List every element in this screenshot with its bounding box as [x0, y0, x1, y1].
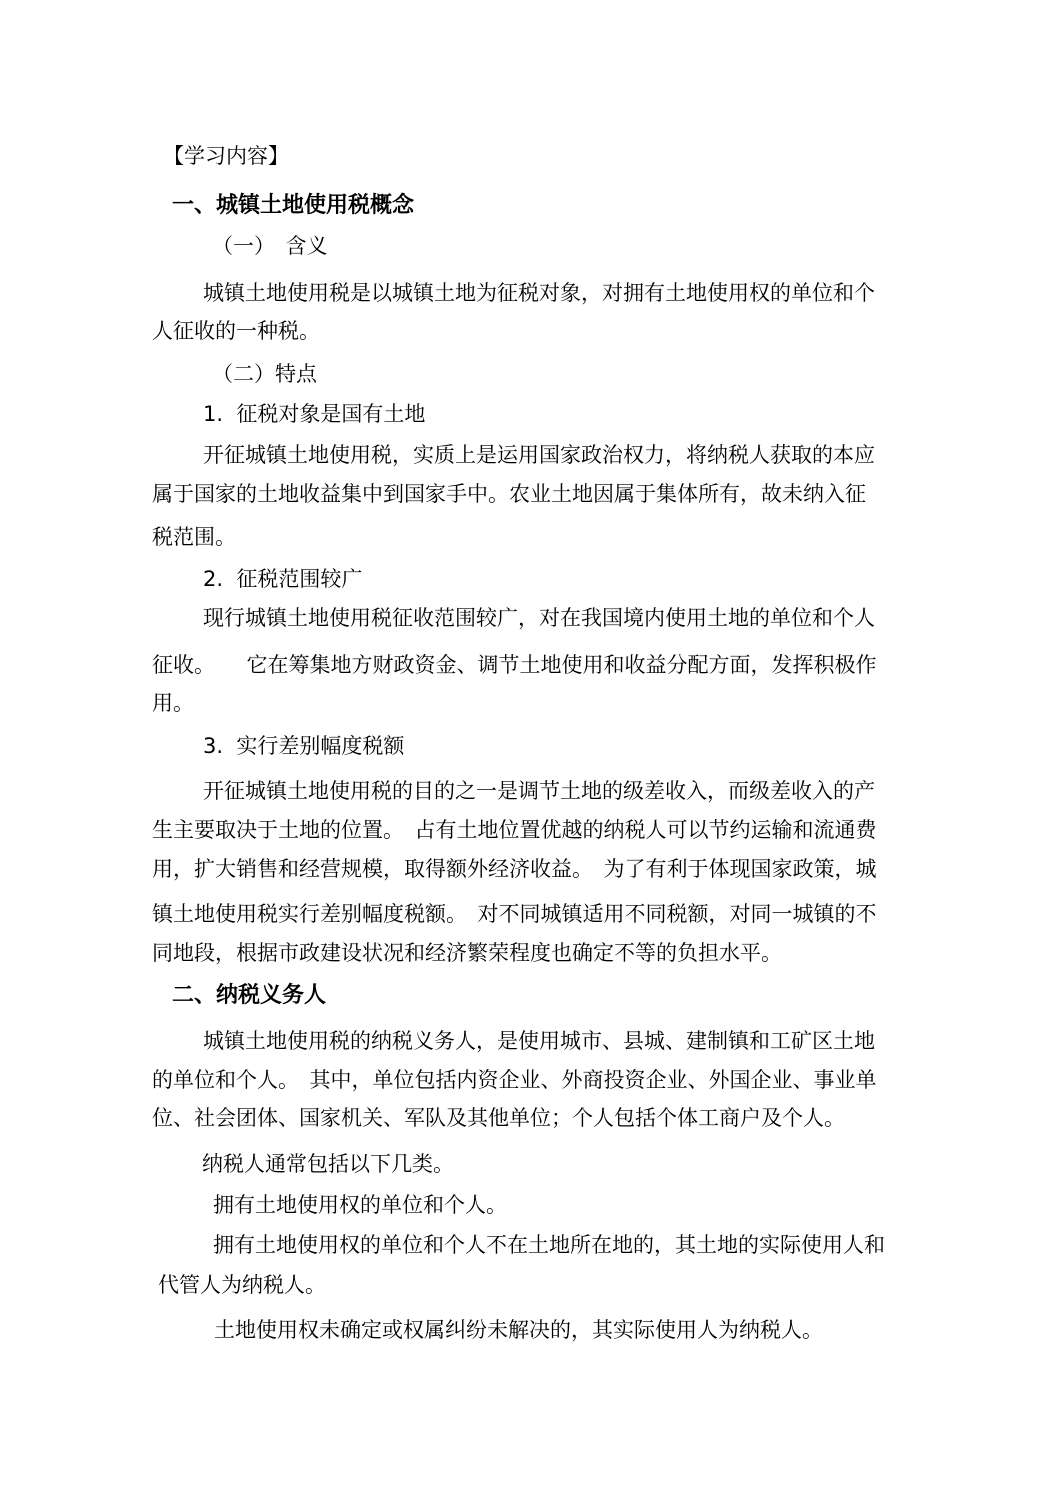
text-line: 用。 [152, 690, 194, 717]
text-line: 镇土地使用税实行差别幅度税额。 对不同城镇适用不同税额，对同一城镇的不 [152, 901, 877, 928]
text-line: 征收。 它在筹集地方财政资金、调节土地使用和收益分配方面，发挥积极作 [152, 652, 877, 679]
text-line: 拥有土地使用权的单位和个人。 [213, 1192, 507, 1219]
section-heading: 二、纳税义务人 [172, 982, 326, 1009]
text-line: 同地段，根据市政建设状况和经济繁荣程度也确定不等的负担水平。 [152, 940, 782, 967]
text-line: 开征城镇土地使用税，实质上是运用国家政治权力，将纳税人获取的本应 [203, 442, 875, 469]
text-line: 税范围。 [152, 524, 236, 551]
text-line: 用，扩大销售和经营规模，取得额外经济收益。 为了有利于体现国家政策，城 [152, 856, 877, 883]
section-heading: 一、城镇土地使用税概念 [172, 192, 414, 219]
text-line: （二）特点 [212, 361, 317, 388]
text-line: 人征收的一种税。 [152, 318, 320, 345]
text-line: 开征城镇土地使用税的目的之一是调节土地的级差收入，而级差收入的产 [203, 778, 875, 805]
text-line: 属于国家的土地收益集中到国家手中。农业土地因属于集体所有，故未纳入征 [152, 481, 866, 508]
text-line: 生主要取决于土地的位置。 占有土地位置优越的纳税人可以节约运输和流通费 [152, 817, 877, 844]
text-line: 的单位和个人。 其中，单位包括内资企业、外商投资企业、外国企业、事业单 [152, 1067, 877, 1094]
text-line: 1. 征税对象是国有土地 [203, 401, 425, 428]
text-line: 城镇土地使用税的纳税义务人，是使用城市、县城、建制镇和工矿区土地 [203, 1028, 875, 1055]
document-page: 【学习内容】一、城镇土地使用税概念（一） 含义城镇土地使用税是以城镇土地为征税对… [0, 0, 1059, 1497]
text-line: 2. 征税范围较广 [203, 566, 362, 593]
text-line: 城镇土地使用税是以城镇土地为征税对象，对拥有土地使用权的单位和个 [203, 280, 875, 307]
text-line: 代管人为纳税人。 [158, 1272, 326, 1299]
text-line: 现行城镇土地使用税征收范围较广，对在我国境内使用土地的单位和个人 [203, 605, 875, 632]
text-line: （一） 含义 [212, 233, 328, 260]
text-line: 土地使用权未确定或权属纠纷未解决的，其实际使用人为纳税人。 [214, 1317, 823, 1344]
text-line: 拥有土地使用权的单位和个人不在土地所在地的，其土地的实际使用人和 [213, 1232, 885, 1259]
text-line: 纳税人通常包括以下几类。 [202, 1151, 454, 1178]
text-line: 3. 实行差别幅度税额 [203, 733, 404, 760]
text-line: 位、社会团体、国家机关、军队及其他单位；个人包括个体工商户及个人。 [152, 1105, 845, 1132]
text-line: 【学习内容】 [163, 143, 289, 170]
